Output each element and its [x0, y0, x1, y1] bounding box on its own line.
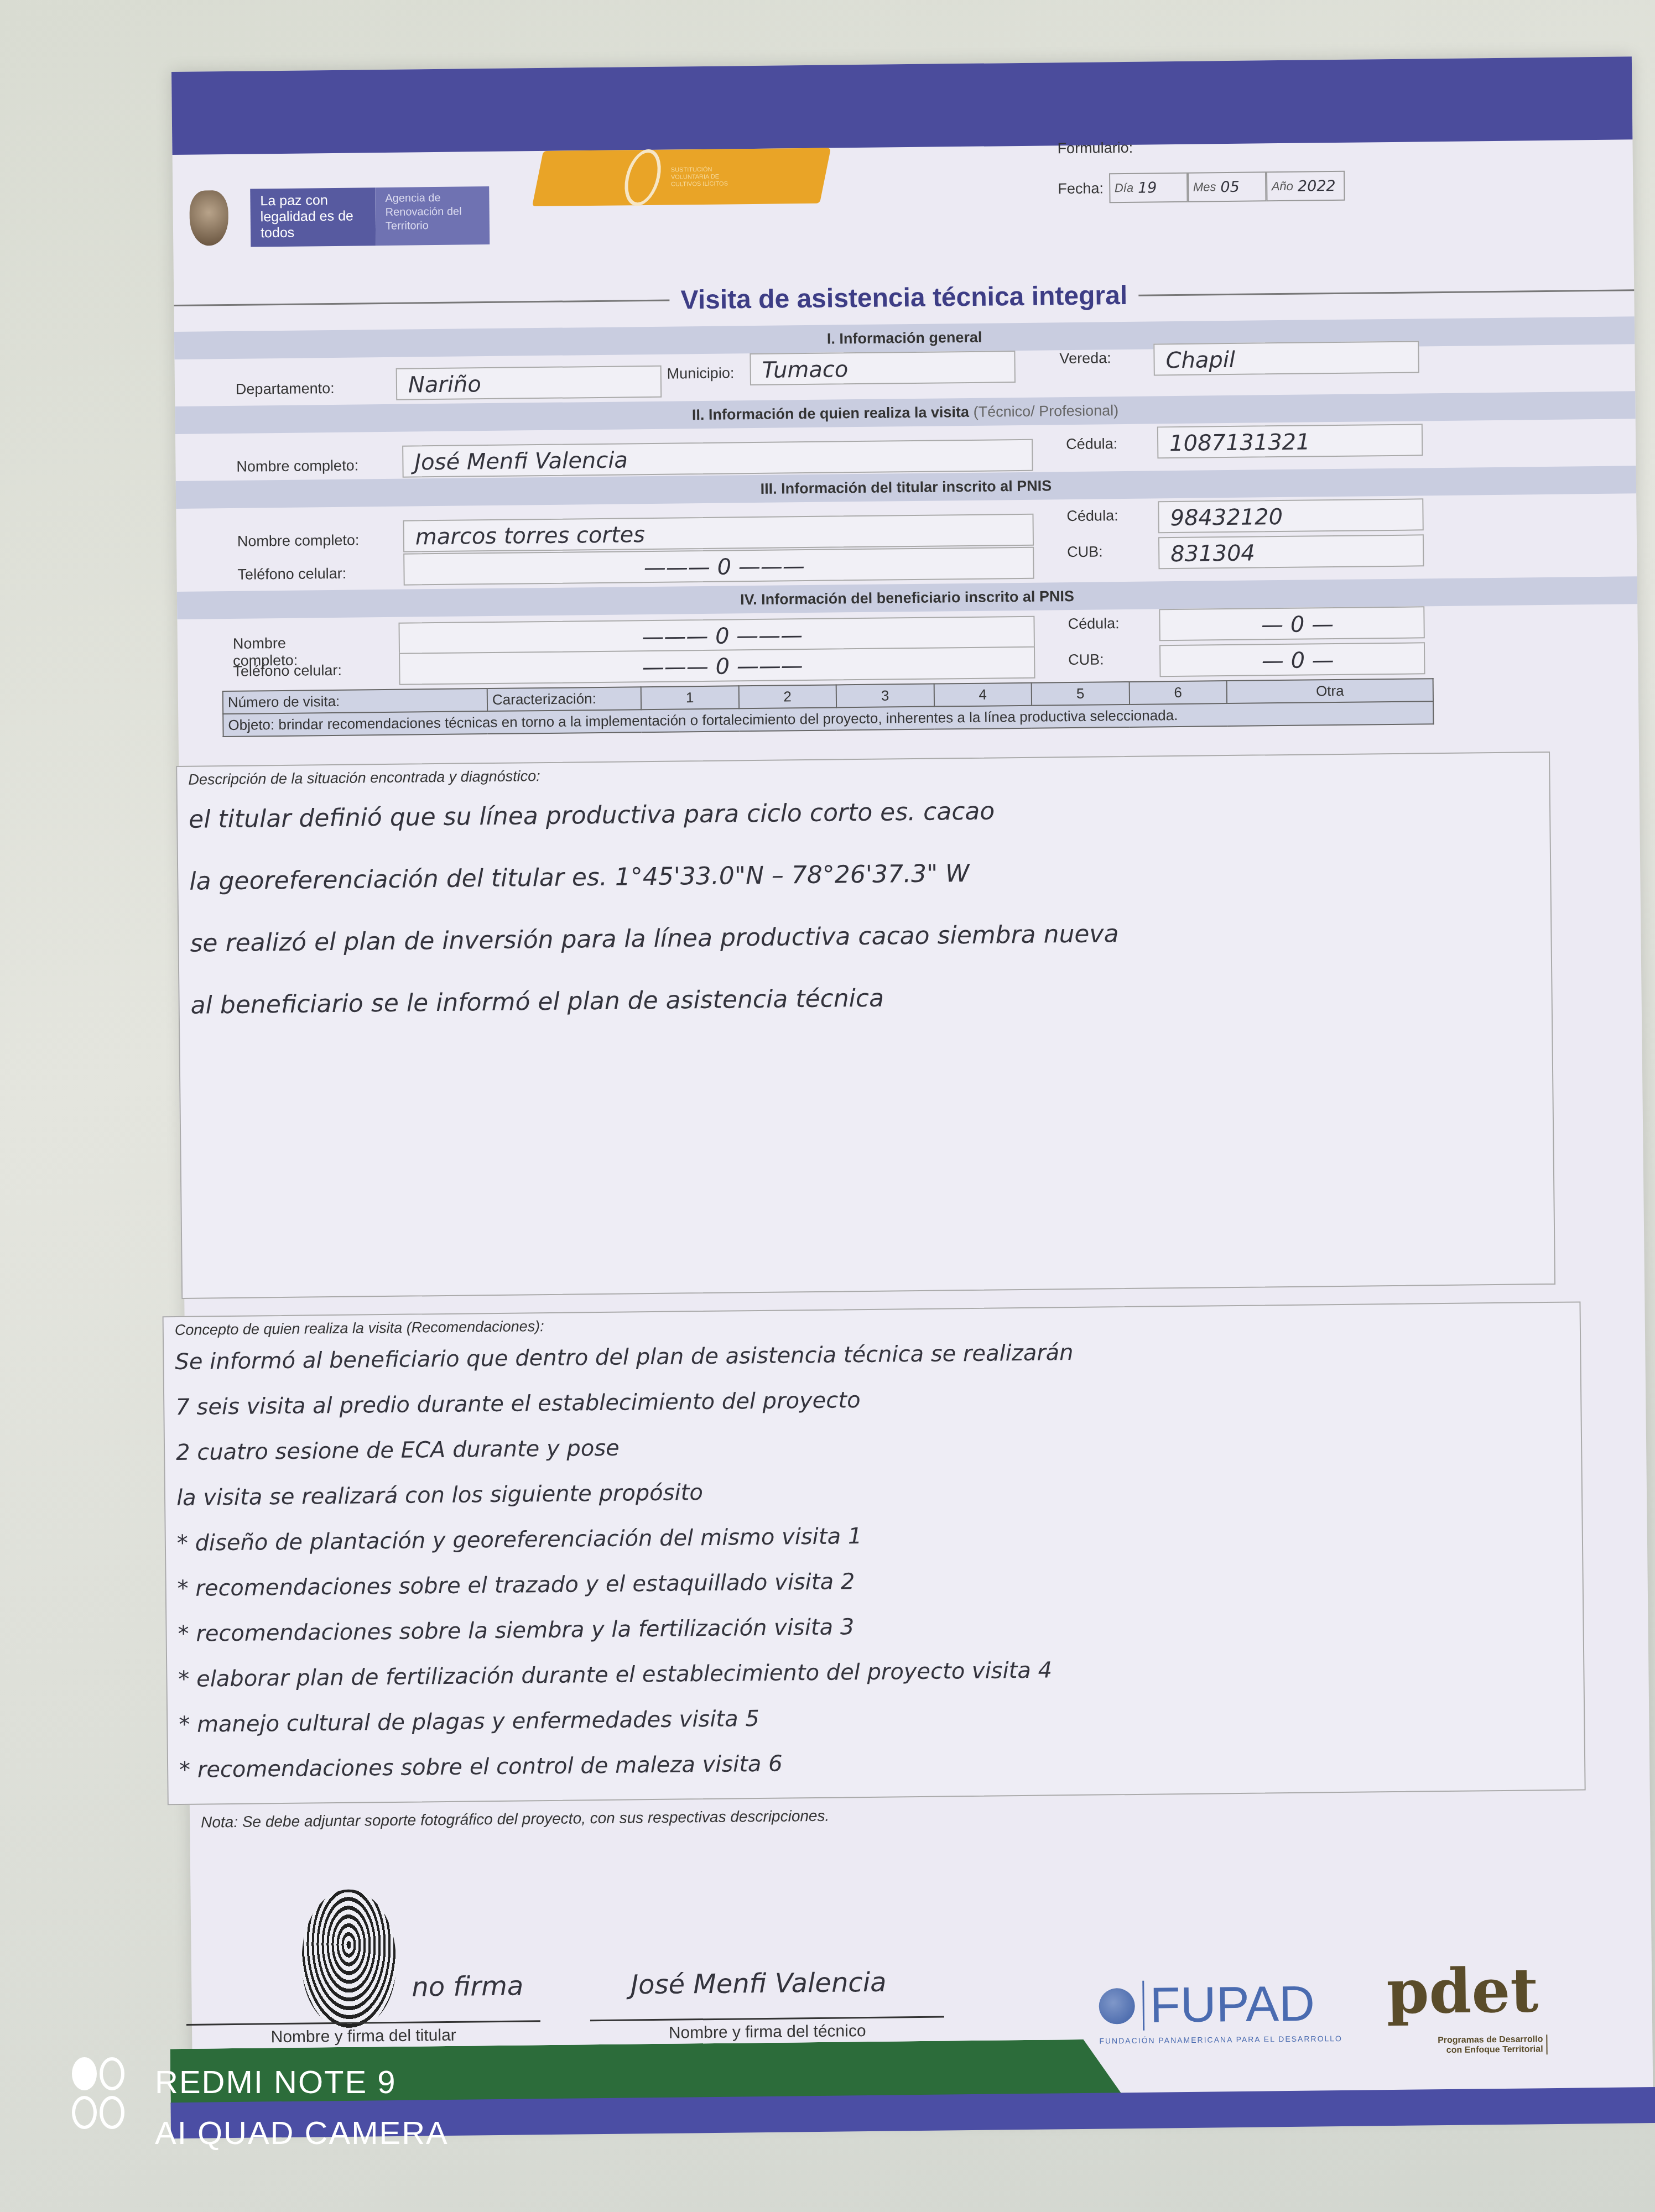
visit-number-table: Número de visita: Caracterización: 1 2 3…	[222, 678, 1434, 737]
coat-of-arms-icon	[189, 190, 228, 246]
watermark-camera: AI QUAD CAMERA	[155, 2108, 449, 2159]
descripcion-panel[interactable]: Descripción de la situación encontrada y…	[176, 752, 1555, 1299]
visit-option-2[interactable]: 2	[738, 685, 836, 708]
titular-cub-field[interactable]: 831304	[1158, 534, 1424, 569]
vereda-label: Vereda:	[1059, 349, 1111, 367]
top-color-band	[171, 56, 1632, 155]
visit-option-5[interactable]: 5	[1032, 682, 1130, 706]
vereda-field[interactable]: Chapil	[1153, 341, 1419, 375]
divider	[174, 300, 669, 306]
date-label: Fecha:	[1058, 180, 1104, 197]
form-meta: Formulario: Fecha: Día 19 Mes 05 Año 202…	[1057, 137, 1345, 220]
beneficiario-cedula-field[interactable]: — 0 —	[1159, 606, 1425, 641]
departamento-field[interactable]: Nariño	[396, 366, 662, 400]
visit-option-otra[interactable]: Otra	[1227, 679, 1433, 703]
caracterizacion-option[interactable]: Caracterización:	[487, 687, 641, 711]
fupad-logo: FUPAD FUNDACIÓN PANAMERICANA PARA EL DES…	[1099, 1979, 1315, 2031]
visit-option-6[interactable]: 6	[1129, 681, 1227, 705]
pnis-logo: SUSTITUCIÓN VOLUNTARIA DE CULTIVOS ILÍCI…	[532, 148, 831, 207]
departamento-label: Departamento:	[236, 380, 335, 398]
nota-text: Nota: Se debe adjuntar soporte fotográfi…	[201, 1807, 829, 1832]
tecnico-signature-block: José Menfi Valencia Nombre y firma del t…	[590, 1966, 944, 2044]
titular-cedula-label: Cédula:	[1066, 507, 1118, 525]
tecnico-cedula-field[interactable]: 1087131321	[1157, 424, 1423, 458]
government-logos: La paz con legalidad es de todos Agencia…	[189, 165, 490, 268]
beneficiario-telefono-field[interactable]: ——— 0 ———	[399, 646, 1035, 685]
gov-slogan: La paz con legalidad es de todos	[250, 187, 376, 247]
visit-option-4[interactable]: 4	[934, 683, 1032, 707]
pnis-logo-text: SUSTITUCIÓN VOLUNTARIA DE CULTIVOS ILÍCI…	[671, 166, 737, 188]
tecnico-cedula-label: Cédula:	[1066, 435, 1117, 453]
tecnico-signature-label: Nombre y firma del técnico	[590, 2016, 944, 2044]
titular-signature-block: no firma Nombre y firma del titular	[186, 1970, 540, 2048]
visit-option-3[interactable]: 3	[836, 684, 934, 708]
titular-telefono-label: Teléfono celular:	[237, 565, 346, 583]
municipio-field[interactable]: Tumaco	[750, 351, 1016, 385]
divider	[1138, 289, 1634, 296]
municipio-label: Municipio:	[667, 364, 735, 382]
beneficiario-telefono-label: Teléfono celular:	[233, 662, 342, 680]
date-year-field[interactable]: Año 2022	[1266, 171, 1345, 201]
agency-logo: La paz con legalidad es de todos Agencia…	[250, 186, 490, 247]
concepto-text: Se informó al beneficiario que dentro de…	[175, 1325, 1573, 1793]
concepto-panel[interactable]: Concepto de quien realiza la visita (Rec…	[163, 1301, 1586, 1805]
numero-visita-label: Número de visita:	[223, 688, 487, 714]
titular-cedula-field[interactable]: 98432120	[1158, 498, 1424, 533]
descripcion-text: el titular definió que su línea producti…	[189, 775, 1541, 1037]
tecnico-nombre-field[interactable]: José Menfi Valencia	[402, 439, 1033, 478]
date-day-field[interactable]: Día 19	[1109, 173, 1188, 203]
titular-signature-label: Nombre y firma del titular	[186, 2020, 540, 2048]
beneficiario-cub-label: CUB:	[1068, 651, 1104, 669]
titular-signature: no firma	[186, 1970, 540, 2024]
visit-option-1[interactable]: 1	[641, 686, 739, 709]
titular-telefono-field[interactable]: ——— 0 ———	[403, 547, 1034, 586]
page-title-row: Visita de asistencia técnica integral	[174, 275, 1634, 321]
globe-icon	[1099, 1987, 1135, 2024]
form-sheet: La paz con legalidad es de todos Agencia…	[171, 56, 1653, 2128]
tecnico-signature: José Menfi Valencia	[590, 1966, 944, 2020]
titular-nombre-label: Nombre completo:	[237, 531, 360, 550]
watermark-model: REDMI NOTE 9	[155, 2057, 449, 2108]
page-title: Visita de asistencia técnica integral	[680, 280, 1127, 315]
quad-camera-icon	[72, 2057, 133, 2157]
beneficiario-cub-field[interactable]: — 0 —	[1159, 642, 1425, 677]
form-label: Formulario:	[1057, 139, 1133, 157]
titular-cub-label: CUB:	[1067, 543, 1103, 561]
pdet-logo: pdet Programas de Desarrollo con Enfoque…	[1386, 1954, 1548, 2067]
beneficiario-cedula-label: Cédula:	[1068, 615, 1119, 633]
agency-name: Agencia de Renovación del Territorio	[375, 186, 490, 245]
tecnico-nombre-label: Nombre completo:	[236, 457, 358, 475]
date-month-field[interactable]: Mes 05	[1188, 171, 1267, 202]
swirl-icon	[620, 149, 666, 206]
titular-nombre-field[interactable]: marcos torres cortes	[403, 514, 1034, 552]
camera-watermark: REDMI NOTE 9 AI QUAD CAMERA	[72, 2057, 449, 2159]
